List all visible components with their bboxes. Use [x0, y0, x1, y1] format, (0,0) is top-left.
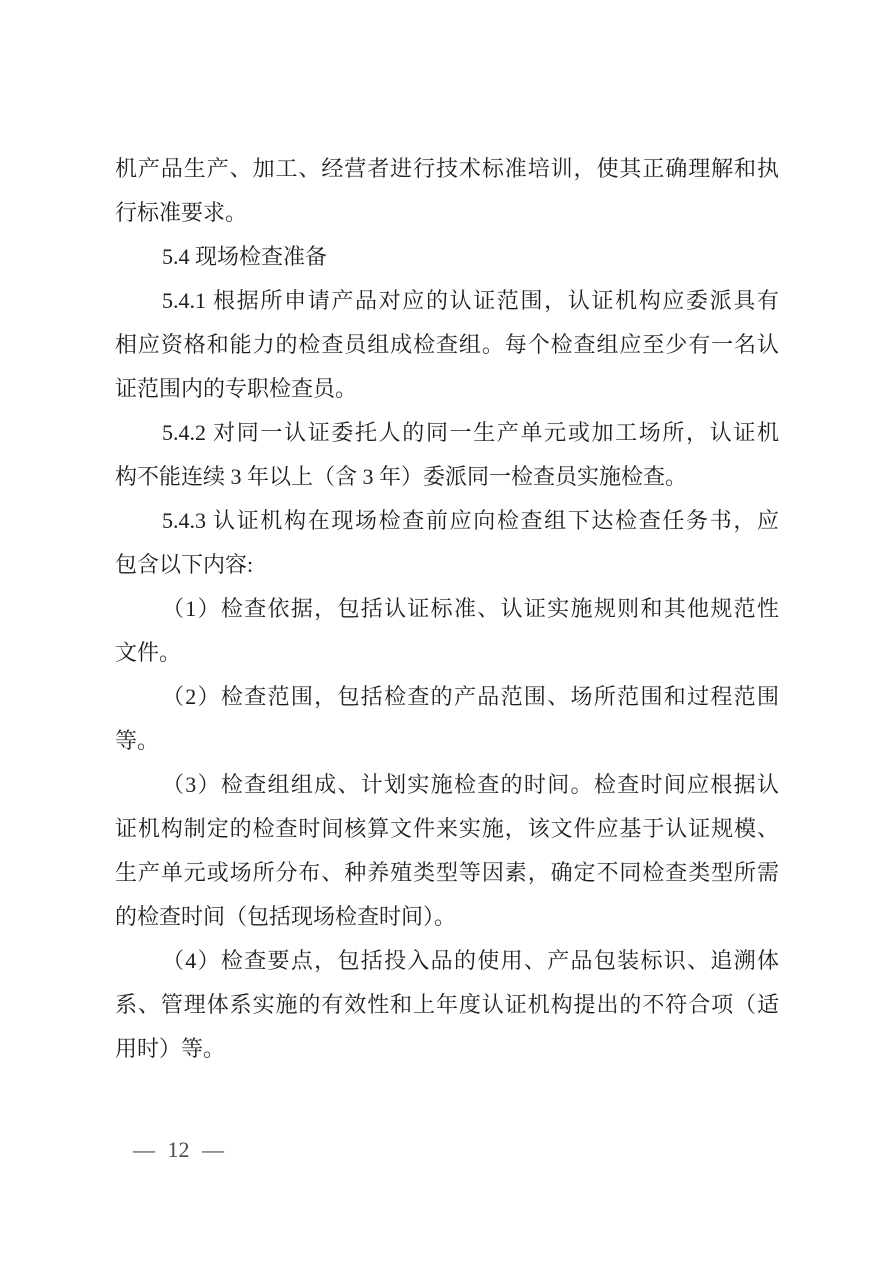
text-line: 构不能连续 3 年以上（含 3 年）委派同一检查员实施检查。 [115, 455, 779, 499]
text-line: 行标准要求。 [115, 191, 779, 235]
text-line: 生产单元或场所分布、种养殖类型等因素，确定不同检查类型所需 [115, 851, 779, 895]
text-line: 等。 [115, 719, 779, 763]
text-line: 的检查时间（包括现场检查时间）。 [115, 895, 779, 939]
text-line: 5.4.2 对同一认证委托人的同一生产单元或加工场所，认证机 [115, 411, 779, 455]
text-line: （2）检查范围，包括检查的产品范围、场所范围和过程范围 [115, 675, 779, 719]
text-line: （4）检查要点，包括投入品的使用、产品包装标识、追溯体 [115, 939, 779, 983]
text-line: 5.4.1 根据所申请产品对应的认证范围，认证机构应委派具有 [115, 279, 779, 323]
text-line: 5.4 现场检查准备 [115, 235, 779, 279]
text-line: 证机构制定的检查时间核算文件来实施，该文件应基于认证规模、 [115, 807, 779, 851]
text-line: （1）检查依据，包括认证标准、认证实施规则和其他规范性 [115, 587, 779, 631]
text-line: 用时）等。 [115, 1027, 779, 1071]
text-line: 包含以下内容: [115, 543, 779, 587]
document-page: 机产品生产、加工、经营者进行技术标准培训，使其正确理解和执行标准要求。5.4 现… [0, 0, 892, 1262]
text-line: 文件。 [115, 631, 779, 675]
text-line: 相应资格和能力的检查员组成检查组。每个检查组应至少有一名认 [115, 323, 779, 367]
text-line: （3）检查组组成、计划实施检查的时间。检查时间应根据认 [115, 763, 779, 807]
page-number: — 12 — [133, 1138, 224, 1162]
text-line: 5.4.3 认证机构在现场检查前应向检查组下达检查任务书，应 [115, 499, 779, 543]
text-line: 证范围内的专职检查员。 [115, 367, 779, 411]
text-line: 系、管理体系实施的有效性和上年度认证机构提出的不符合项（适 [115, 983, 779, 1027]
document-text-block: 机产品生产、加工、经营者进行技术标准培训，使其正确理解和执行标准要求。5.4 现… [115, 147, 779, 1071]
text-line: 机产品生产、加工、经营者进行技术标准培训，使其正确理解和执 [115, 147, 779, 191]
